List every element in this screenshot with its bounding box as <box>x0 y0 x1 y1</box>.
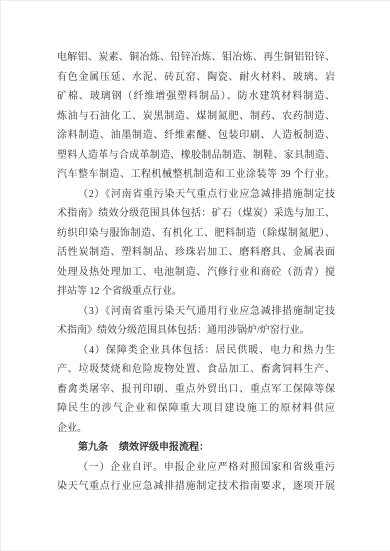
text-line: 染天气重点行业应急减排措施制定技术指南要求，逐项开展 <box>57 477 335 497</box>
text-line: 术指南》绩效分级范围具体包括：通用涉锅炉/炉窑行业。 <box>57 321 335 341</box>
text-line: 术指南》绩效分级范围具体包括：矿石（煤炭）采选与加工、 <box>57 204 335 224</box>
document-body: 电解铝、炭素、铜冶炼、铅锌冶炼、钼冶炼、再生铜铝铅锌、 有色金属压延、水泥、砖瓦… <box>57 48 335 497</box>
text-line: 汽车整车制造、工程机械整机制造和工业涂装等 39 个行业。 <box>57 165 335 185</box>
text-line: （3）《河南省重污染天气通用行业应急减排措施制定技 <box>57 302 335 322</box>
text-line: （一）企业自评。申报企业应严格对照国家和省级重污 <box>57 458 335 478</box>
text-line: 活性炭制造、塑料制品、珍珠岩加工、磨料磨具、金属表面 <box>57 243 335 263</box>
text-line: 涂料制造、油墨制造、纤维素醚、包装印刷、人造板制造、 <box>57 126 335 146</box>
text-line: 有色金属压延、水泥、砖瓦窑、陶瓷、耐火材料、玻璃、岩 <box>57 68 335 88</box>
text-line: 纺织印染与服饰制造、有机化工、肥料制造（除煤制氮肥）、 <box>57 224 335 244</box>
paragraph-item-4-guarantee-enterprises: （4）保障类企业具体包括：居民供暖、电力和热力生 产、垃圾焚烧和危险废物处置、食… <box>57 341 335 439</box>
paragraph-item-1-enterprise-self-assessment: （一）企业自评。申报企业应严格对照国家和省级重污 染天气重点行业应急减排措施制定… <box>57 458 335 497</box>
text-line: 塑料人造革与合成革制造、橡胶制品制造、制鞋、家具制造、 <box>57 146 335 166</box>
paragraph-national-39-industries: 电解铝、炭素、铜冶炼、铅锌冶炼、钼冶炼、再生铜铝铅锌、 有色金属压延、水泥、砖瓦… <box>57 48 335 185</box>
text-line: （2）《河南省重污染天气重点行业应急减排措施制定技 <box>57 185 335 205</box>
text-line: 处理及热处理加工、电池制造、汽修行业和商砼（沥青）搅 <box>57 263 335 283</box>
text-line: 电解铝、炭素、铜冶炼、铅锌冶炼、钼冶炼、再生铜铝铅锌、 <box>57 48 335 68</box>
article-number: 第九条 <box>78 442 108 453</box>
paragraph-item-3-general-industries: （3）《河南省重污染天气通用行业应急减排措施制定技 术指南》绩效分级范围具体包括… <box>57 302 335 341</box>
paragraph-item-2-provincial-industries: （2）《河南省重污染天气重点行业应急减排措施制定技 术指南》绩效分级范围具体包括… <box>57 185 335 302</box>
article-9-heading: 第九条绩效评级申报流程： <box>57 438 335 458</box>
text-line: 拌站等 12 个省级重点行业。 <box>57 282 335 302</box>
text-line: 障民生的涉气企业和保障重大项目建设施工的原材料供应 <box>57 399 335 419</box>
text-line: 炼油与石油化工、炭黑制造、煤制氮肥、制药、农药制造、 <box>57 107 335 127</box>
document-page: 电解铝、炭素、铜冶炼、铅锌冶炼、钼冶炼、再生铜铝铅锌、 有色金属压延、水泥、砖瓦… <box>0 0 390 551</box>
text-line: 畜禽类屠宰、报刊印刷、重点外贸出口、重点军工保障等保 <box>57 380 335 400</box>
text-line: 企业。 <box>57 419 335 439</box>
article-title: 绩效评级申报流程： <box>119 442 209 453</box>
text-line: 产、垃圾焚烧和危险废物处置、食品加工、畜禽饲料生产、 <box>57 360 335 380</box>
text-line: 矿棉、玻璃钢（纤维增强塑料制品）、防水建筑材料制造、 <box>57 87 335 107</box>
text-line: （4）保障类企业具体包括：居民供暖、电力和热力生 <box>57 341 335 361</box>
